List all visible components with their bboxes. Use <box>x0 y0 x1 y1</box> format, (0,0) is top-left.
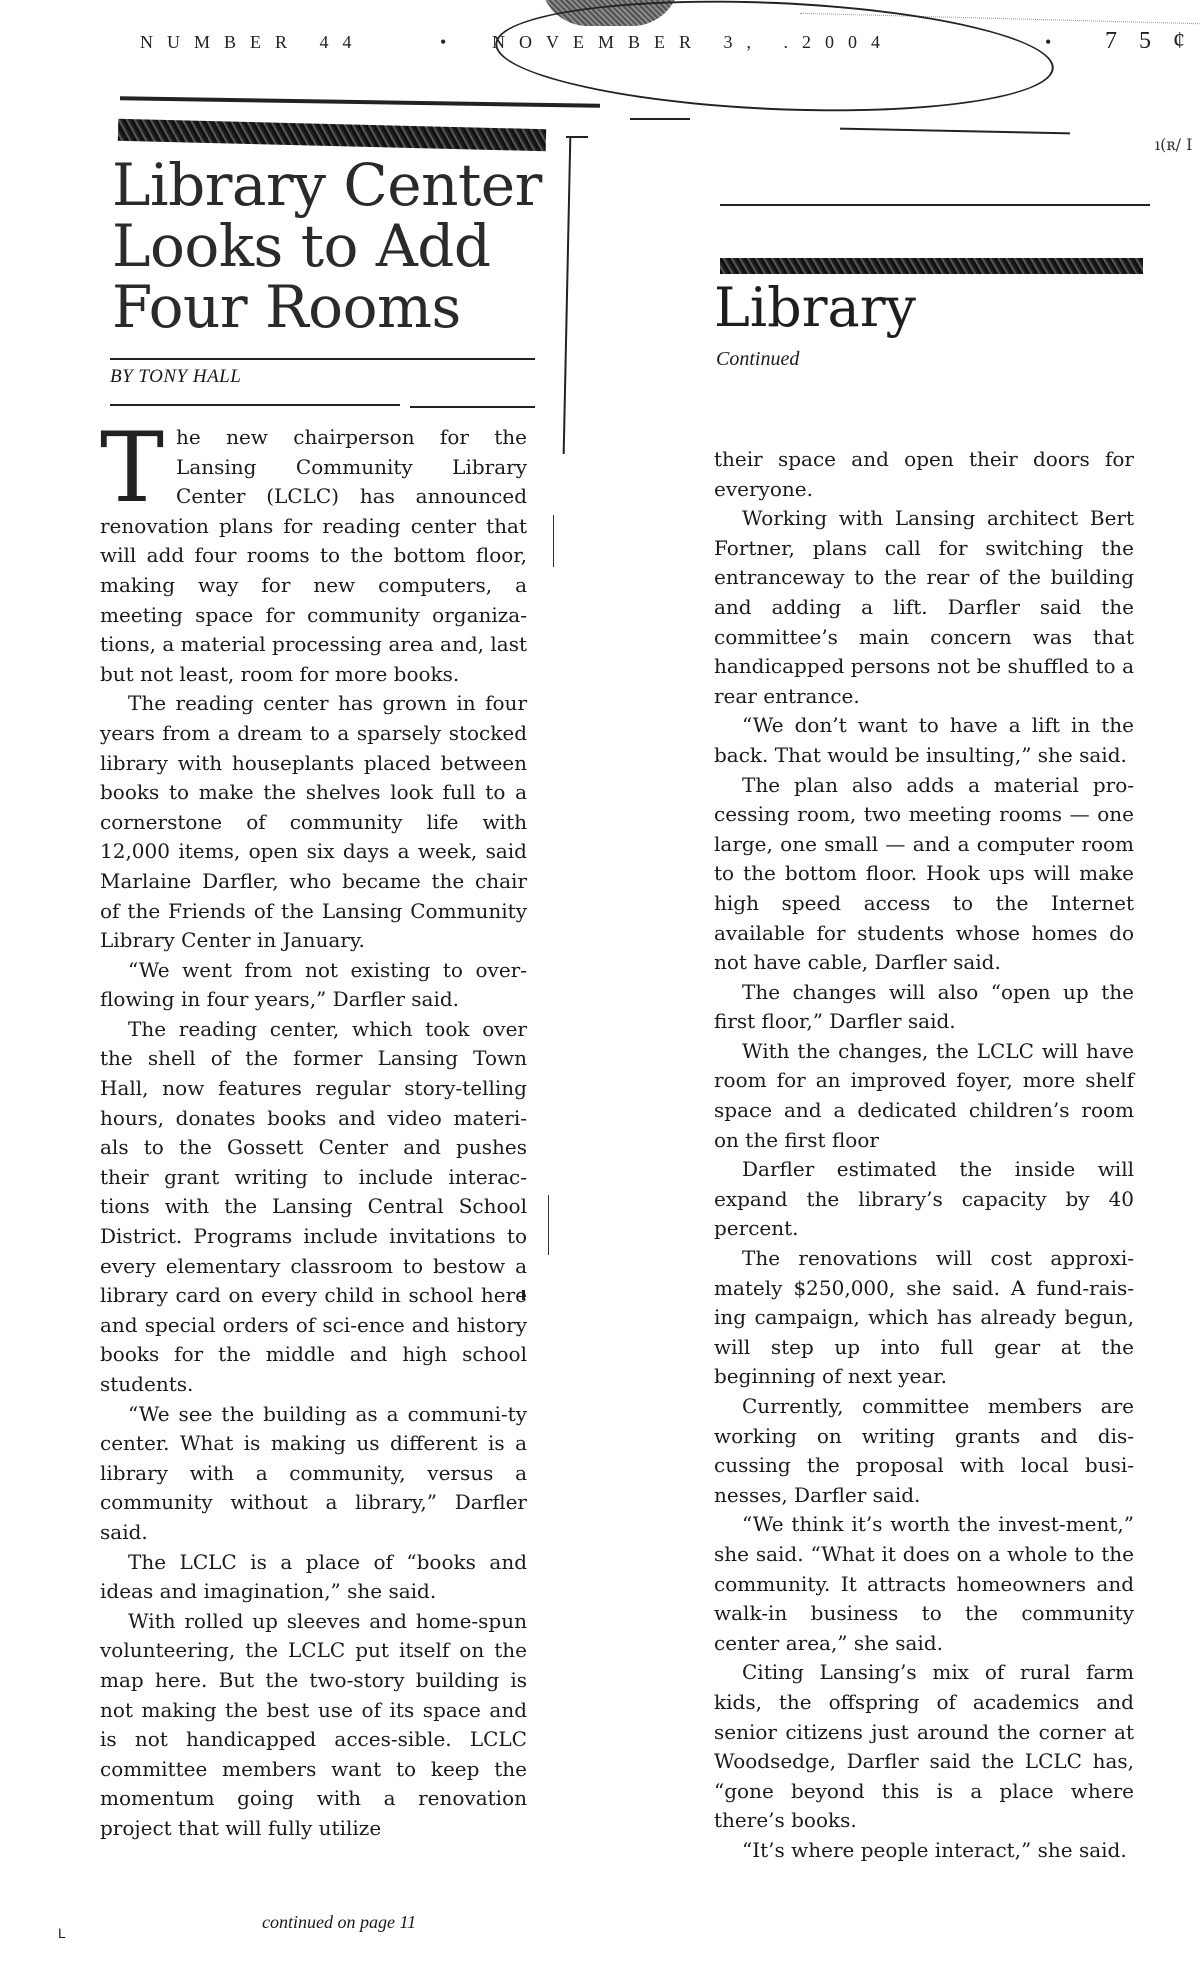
corner-mark: L <box>58 1925 66 1941</box>
article-body-right: their space and open their doors for eve… <box>714 445 1134 1866</box>
column-rule-top <box>720 204 1150 206</box>
paragraph: their space and open their doors for eve… <box>714 445 1134 504</box>
masthead-rule-fragment <box>630 118 690 120</box>
column-divider <box>553 515 554 567</box>
paragraph: “It’s where people interact,” she said. <box>714 1836 1134 1866</box>
paragraph: Darfler estimated the inside will expand… <box>714 1155 1134 1244</box>
issue-date: NOVEMBER 3, .2004 <box>492 32 894 53</box>
paragraph: The reading center, which took over the … <box>100 1015 527 1400</box>
paragraph: “We think it’s worth the invest-ment,” s… <box>714 1510 1134 1658</box>
masthead: NUMBER 44 • NOVEMBER 3, .2004 • 75¢ <box>140 28 1200 68</box>
paragraph: The LCLC is a place of “books and ideas … <box>100 1548 527 1607</box>
paragraph: With the changes, the LCLC will have roo… <box>714 1037 1134 1155</box>
headline-line: Library Center <box>112 155 562 216</box>
section-header-bar <box>720 258 1143 274</box>
paragraph: With rolled up sleeves and home-spun vol… <box>100 1607 527 1844</box>
paragraph: The plan also adds a material pro-cessin… <box>714 771 1134 978</box>
masthead-separator: • <box>1045 32 1065 53</box>
continuation-title: Library <box>714 278 916 338</box>
column-divider <box>563 136 572 454</box>
continued-label: Continued <box>716 348 799 371</box>
article-headline: Library Center Looks to Add Four Rooms <box>112 155 562 338</box>
paragraph: “We see the building as a communi-ty cen… <box>100 1400 527 1548</box>
paragraph: Working with Lansing architect Bert Fort… <box>714 504 1134 711</box>
issue-price: 75¢ <box>1105 28 1200 55</box>
byline-rule-bottom <box>110 404 400 406</box>
paragraph: “We don’t want to have a lift in the bac… <box>714 711 1134 770</box>
headline-line: Looks to Add <box>112 216 562 277</box>
article-body-left: The new chairperson for the Lansing Comm… <box>100 423 527 1844</box>
byline: BY TONY HALL <box>110 366 241 388</box>
paragraph: The changes will also “open up the first… <box>714 978 1134 1037</box>
drop-cap: T <box>100 429 164 507</box>
paragraph: The renovations will cost approxi-mately… <box>714 1244 1134 1392</box>
column-divider <box>548 1195 549 1255</box>
paragraph: The new chairperson for the Lansing Comm… <box>100 423 527 689</box>
paragraph: Citing Lansing’s mix of rural farm kids,… <box>714 1658 1134 1836</box>
paragraph: The reading center has grown in four yea… <box>100 689 527 955</box>
issue-number: NUMBER 44 <box>140 32 366 53</box>
masthead-rule-fragment <box>840 128 1070 135</box>
masthead-separator: • <box>440 32 460 53</box>
masthead-rule <box>120 96 600 108</box>
paragraph: Currently, committee members are working… <box>714 1392 1134 1510</box>
continued-on-page-note: continued on page 11 <box>262 1912 416 1933</box>
cropped-text-fragment: ı(ʀ/ I <box>1155 135 1192 154</box>
byline-rule-top <box>110 358 535 360</box>
headline-line: Four Rooms <box>112 277 562 338</box>
section-header-bar <box>118 119 546 151</box>
byline-rule-bottom <box>410 406 535 408</box>
paragraph: “We went from not existing to over-flowi… <box>100 956 527 1015</box>
